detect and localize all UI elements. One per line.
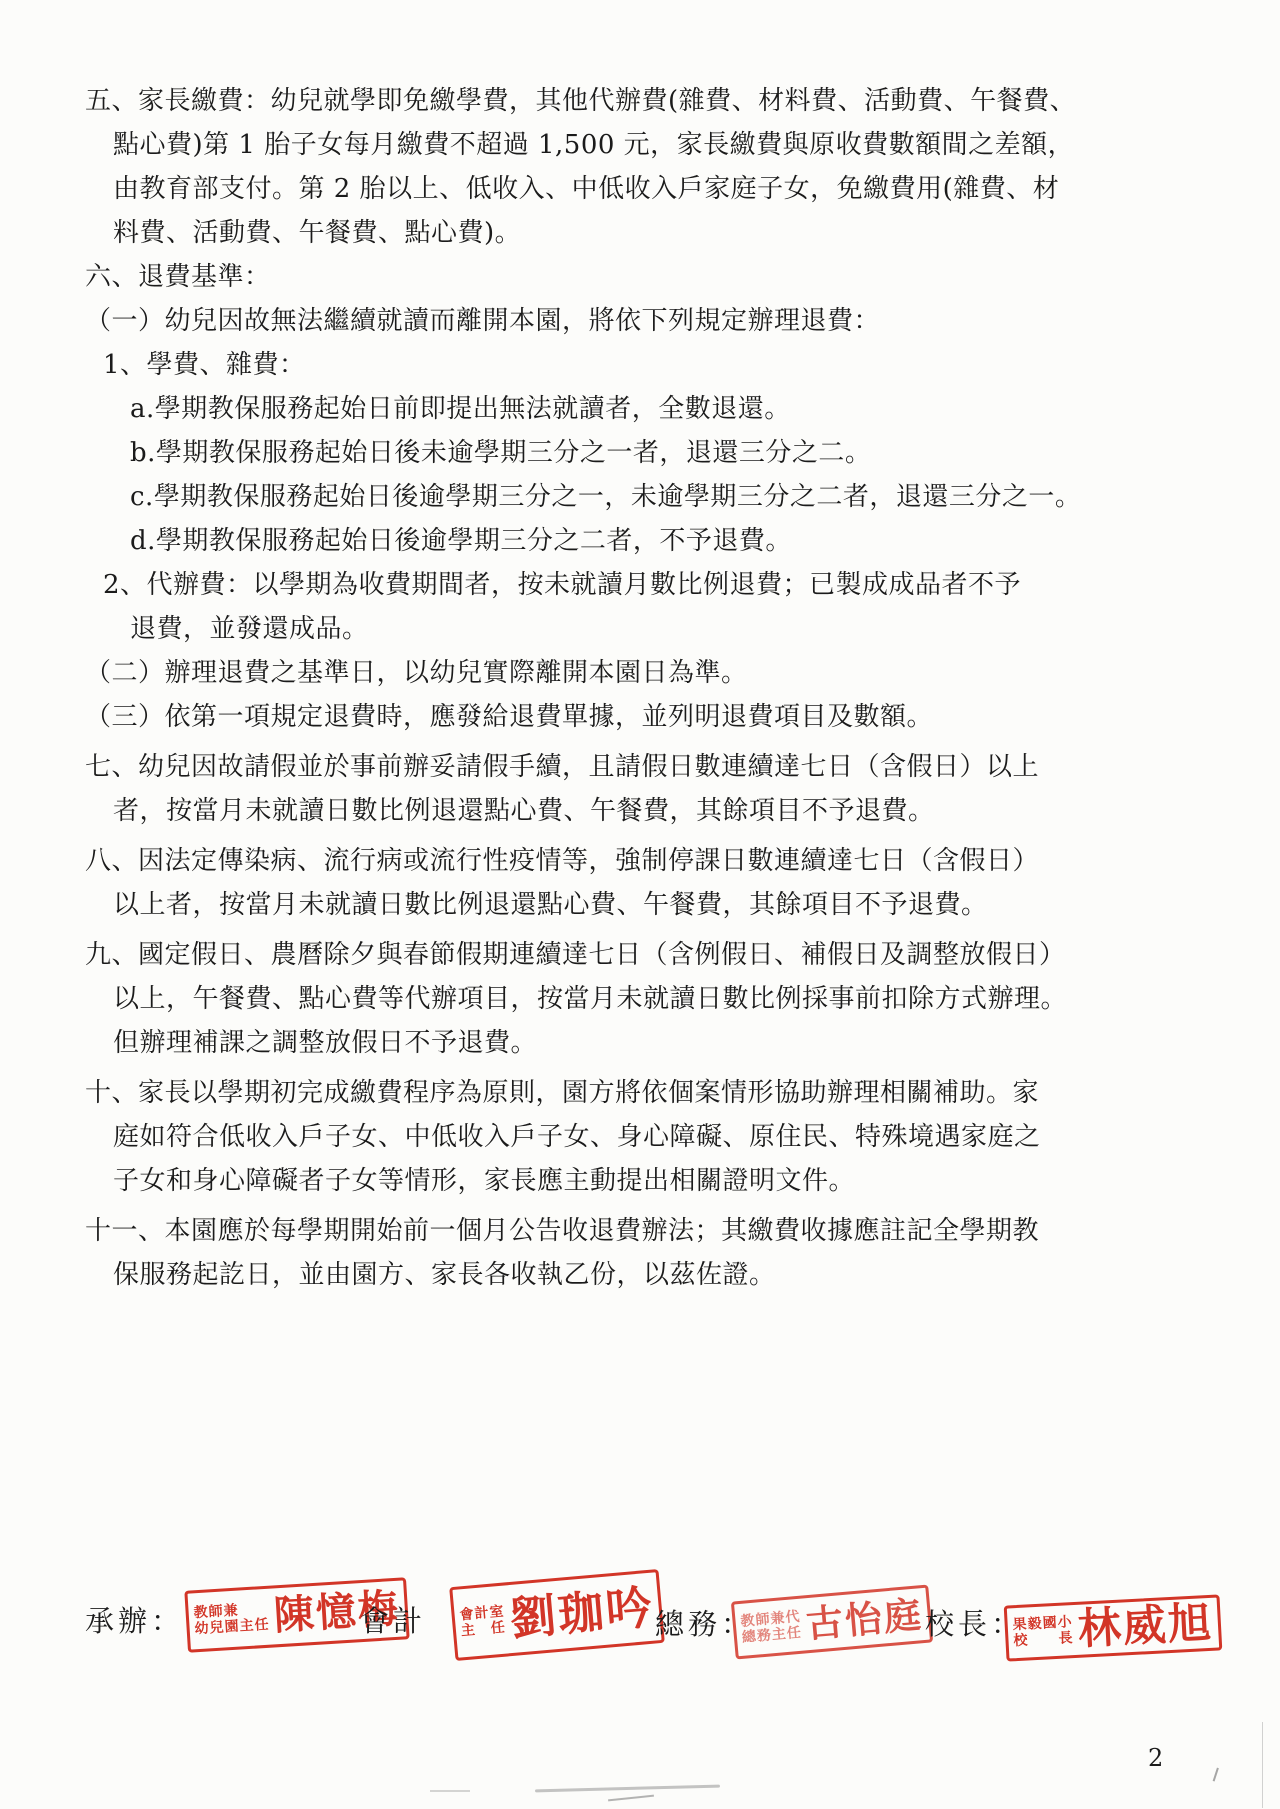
stamp-general-affairs: 教師兼代 總務主任 古怡庭 — [731, 1584, 933, 1659]
signature-label-accountant: 會計 — [360, 1599, 426, 1640]
stamp-accountant: 會計室 主 任 劉珈吟 — [449, 1569, 665, 1661]
document-body: 五、家長繳費：幼兒就學即免繳學費，其他代辦費(雜費、材料費、活動費、午餐費、點心… — [85, 79, 1215, 1297]
scan-artifact — [608, 1795, 654, 1802]
scan-artifact — [1203, 1764, 1219, 1781]
document-line: 五、家長繳費：幼兒就學即免繳學費，其他代辦費(雜費、材料費、活動費、午餐費、 — [85, 79, 1215, 123]
signature-label-handler: 承辦： — [85, 1599, 184, 1640]
document-line: （三）依第一項規定退費時，應發給退費單據，並列明退費項目及數額。 — [85, 695, 1215, 739]
document-line: 1、學費、雜費： — [85, 343, 1215, 387]
stamp-name: 劉珈吟 — [508, 1584, 655, 1642]
stamp-name: 古怡庭 — [804, 1596, 924, 1643]
document-line: 子女和身心障礙者子女等情形，家長應主動提出相關證明文件。 — [85, 1159, 1215, 1203]
document-line: （一）幼兒因故無法繼續就讀而離開本園，將依下列規定辦理退費： — [85, 299, 1215, 343]
document-line: 以上者，按當月未就讀日數比例退還點心費、午餐費，其餘項目不予退費。 — [85, 883, 1215, 927]
document-line: c.學期教保服務起始日後逾學期三分之一，未逾學期三分之二者，退還三分之一。 — [85, 475, 1215, 519]
stamp-principal: 果毅國小 校 長 林威旭 — [1004, 1594, 1223, 1661]
page-number: 2 — [1148, 1744, 1163, 1772]
stamp-name: 林威旭 — [1077, 1601, 1214, 1651]
document-line: 九、國定假日、農曆除夕與春節假期連續達七日（含例假日、補假日及調整放假日） — [85, 933, 1215, 977]
document-line: 八、因法定傳染病、流行病或流行性疫情等，強制停課日數連續達七日（含假日） — [85, 839, 1215, 883]
stamp-title: 教師兼代 總務主任 — [740, 1609, 803, 1646]
document-line: 七、幼兒因故請假並於事前辦妥請假手續，且請假日數連續達七日（含假日）以上 — [85, 745, 1215, 789]
scan-artifact — [535, 1785, 720, 1793]
document-line: b.學期教保服務起始日後未逾學期三分之一者，退還三分之二。 — [85, 431, 1215, 475]
document-line: 由教育部支付。第 2 胎以上、低收入、中低收入戶家庭子女，免繳費用(雜費、材 — [85, 167, 1215, 211]
document-line: a.學期教保服務起始日前即提出無法就讀者，全數退還。 — [85, 387, 1215, 431]
document-line: 者，按當月未就讀日數比例退還點心費、午餐費，其餘項目不予退費。 — [85, 789, 1215, 833]
stamp-title: 果毅國小 校 長 — [1012, 1614, 1074, 1649]
document-line: 退費，並發還成品。 — [85, 607, 1215, 651]
document-line: 2、代辦費：以學期為收費期間者，按未就讀月數比例退費；已製成成品者不予 — [85, 563, 1215, 607]
document-line: 十、家長以學期初完成繳費程序為原則，園方將依個案情形協助辦理相關補助。家 — [85, 1071, 1215, 1115]
stamp-title: 教師兼 幼兒園主任 — [193, 1601, 270, 1638]
document-line: 保服務起訖日，並由園方、家長各收執乙份，以茲佐證。 — [85, 1253, 1215, 1297]
document-line: 以上，午餐費、點心費等代辦項目，按當月未就讀日數比例採事前扣除方式辦理。 — [85, 977, 1215, 1021]
document-line: 十一、本園應於每學期開始前一個月公告收退費辦法；其繳費收據應註記全學期教 — [85, 1209, 1215, 1253]
scanned-document-page: 五、家長繳費：幼兒就學即免繳學費，其他代辦費(雜費、材料費、活動費、午餐費、點心… — [0, 0, 1280, 1809]
document-line: （二）辦理退費之基準日，以幼兒實際離開本園日為準。 — [85, 651, 1215, 695]
stamp-title: 會計室 主 任 — [459, 1603, 507, 1639]
scan-artifact — [430, 1790, 470, 1792]
document-line: 但辦理補課之調整放假日不予退費。 — [85, 1021, 1215, 1065]
document-line: 料費、活動費、午餐費、點心費)。 — [85, 211, 1215, 255]
document-line: 點心費)第 1 胎子女每月繳費不超過 1,500 元，家長繳費與原收費數額間之差… — [85, 123, 1215, 167]
document-line: d.學期教保服務起始日後逾學期三分之二者，不予退費。 — [85, 519, 1215, 563]
scan-artifact — [1262, 1722, 1263, 1808]
document-line: 六、退費基準： — [85, 255, 1215, 299]
document-line: 庭如符合低收入戶子女、中低收入戶子女、身心障礙、原住民、特殊境遇家庭之 — [85, 1115, 1215, 1159]
